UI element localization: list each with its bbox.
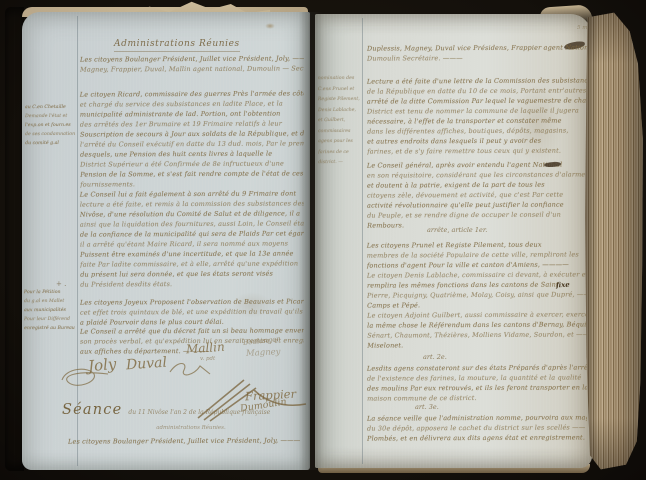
signature-flourish-joly — [58, 364, 110, 392]
handwritten-line: commissaires — [318, 126, 361, 137]
right-paragraph-5: La séance veille que l'administration no… — [367, 412, 587, 444]
handwritten-line: dans les différentes affiches, boutiques… — [367, 125, 587, 136]
handwritten-line: Magney, Frappier, Duval, Mallin agent na… — [80, 63, 304, 74]
handwritten-line: maison commune de ce district. — [367, 392, 587, 403]
signature-magney: Magney — [246, 347, 281, 359]
handwritten-line: district. — — [318, 158, 361, 169]
inserted-word: fixe — [556, 280, 570, 290]
article-1-label: arrête, article 1er. — [427, 226, 487, 235]
handwritten-line: farines, et de s'y faire remettre tous c… — [367, 145, 587, 156]
handwritten-line: au C.en Chetaille — [25, 103, 75, 112]
right-paragraph-4: Lesdits agens constateront sur des états… — [367, 362, 587, 404]
left-paragraph-2: Le Conseil lui a fait également à son ar… — [80, 188, 305, 290]
signature-mallin: Mallin — [186, 340, 226, 357]
article-3-label: art. 3e. — [415, 403, 439, 412]
handwritten-line: en son réquisitoire, considérant que les… — [367, 169, 587, 180]
handwritten-line: Les citoyens Boulanger Président, Juille… — [68, 435, 308, 446]
handwritten-line: Dumoulin Secrétaire. ——— — [367, 52, 587, 63]
fore-edge-shading — [584, 8, 644, 474]
handwritten-line: Plombés, et en délivrera aux dits agens … — [367, 432, 587, 443]
left-paragraph-1: Le citoyen Ricard, commissaire des guerr… — [80, 88, 305, 189]
seance-subheading: administrations Réunies. — [80, 424, 302, 432]
handwritten-line: du comité g.al — [25, 139, 75, 148]
book-fore-edge-pages — [584, 8, 644, 474]
handwritten-line: de ses condamnations — [25, 130, 75, 139]
left-paragraph-3: Les citoyens Joyeux Proposent l'observat… — [80, 296, 304, 328]
handwritten-line: Denis Lablache, — [318, 105, 361, 116]
handwritten-line: et Guilbert, — [318, 116, 361, 127]
attendance-lines: Les citoyens Boulanger Président, Juille… — [80, 53, 304, 75]
intro-lines: Duplessis, Magney, Duval vice Présidens,… — [367, 42, 587, 64]
handwritten-line: du Président desdits états. — [80, 278, 304, 289]
handwritten-line: Pension de la Somme, et s'est fait rendr… — [80, 168, 304, 179]
seance-date: du 11 Nivôse l'an 2 de la République fra… — [128, 408, 270, 418]
handwritten-line: des moulins Par eux retrouvés, et ils le… — [367, 382, 587, 393]
signature-duval: Duval — [125, 355, 167, 374]
handwritten-line: du Peuple, et se rendre digne de occuper… — [367, 209, 587, 220]
footer-attendance-line: Les citoyens Boulanger Président, Juille… — [68, 435, 308, 446]
right-page: 5 me Duplessis, Magney, Duval vice Prési… — [315, 14, 592, 468]
handwritten-line: cet effet trois quintaux de blé, et une … — [80, 306, 304, 317]
seance-heading-row: Séance du 11 Nivôse l'an 2 de la Républi… — [62, 402, 270, 418]
article-2-label: art. 2e. — [423, 353, 447, 362]
handwritten-line: Registe Pilement, — [318, 95, 361, 106]
margin-note-1: au C.en ChetailleDemande l'état etl'exp.… — [25, 103, 75, 151]
handwritten-line: Duplessis, Magney, Duval vice Présidens,… — [367, 42, 587, 53]
margin-rule-line — [77, 16, 78, 466]
handwritten-line: agens pour les — [318, 137, 361, 148]
right-paragraph-3: Les citoyens Prunel et Registe Pilement,… — [367, 239, 588, 348]
handwritten-line: Demande l'état et — [25, 112, 75, 121]
handwritten-line: C.ens Prunel et — [318, 84, 361, 95]
seance-word: Séance — [62, 402, 122, 418]
right-paragraph-2: Le Conseil général, après avoir entendu … — [367, 159, 587, 231]
handwritten-line: du présent lui sera donnée, et que les é… — [80, 268, 304, 279]
page-heading: Administrations Réunies — [114, 38, 240, 52]
handwritten-line: Miselonet. — [367, 339, 587, 348]
handwritten-line: du g.al en Mallet — [24, 297, 76, 306]
handwritten-line: enregistré au Bureau — [24, 324, 76, 333]
margin-cross-mark: + . — [56, 280, 66, 288]
handwritten-line: Pour leur Différend — [24, 315, 76, 324]
right-paragraph-1: Lecture a été faite d'une lettre de la C… — [367, 75, 587, 157]
handwritten-line: Pierre, Picquigny, Quatrième, Molay, Coi… — [367, 289, 587, 300]
handwritten-line: Sénart, Chaumont, Thézières, Molliens Vi… — [367, 329, 587, 340]
margin-note-2: Pour la Pétitiondu g.al en Malletaux mun… — [24, 288, 76, 336]
handwritten-line: nomination des — [318, 74, 361, 85]
margin-rule-line — [362, 18, 363, 464]
handwritten-line: Pour la Pétition — [24, 288, 76, 297]
handwritten-line: l'exp.on et fourn.es — [25, 121, 75, 130]
right-margin-note: nomination desC.ens Prunel etRegiste Pil… — [318, 74, 362, 170]
handwritten-line: farines de ce — [318, 147, 361, 158]
archival-manuscript-scan: Administrations Réunies Les citoyens Bou… — [0, 0, 646, 480]
handwritten-line: aux municipalités — [24, 306, 76, 315]
left-page: Administrations Réunies Les citoyens Bou… — [22, 12, 310, 470]
